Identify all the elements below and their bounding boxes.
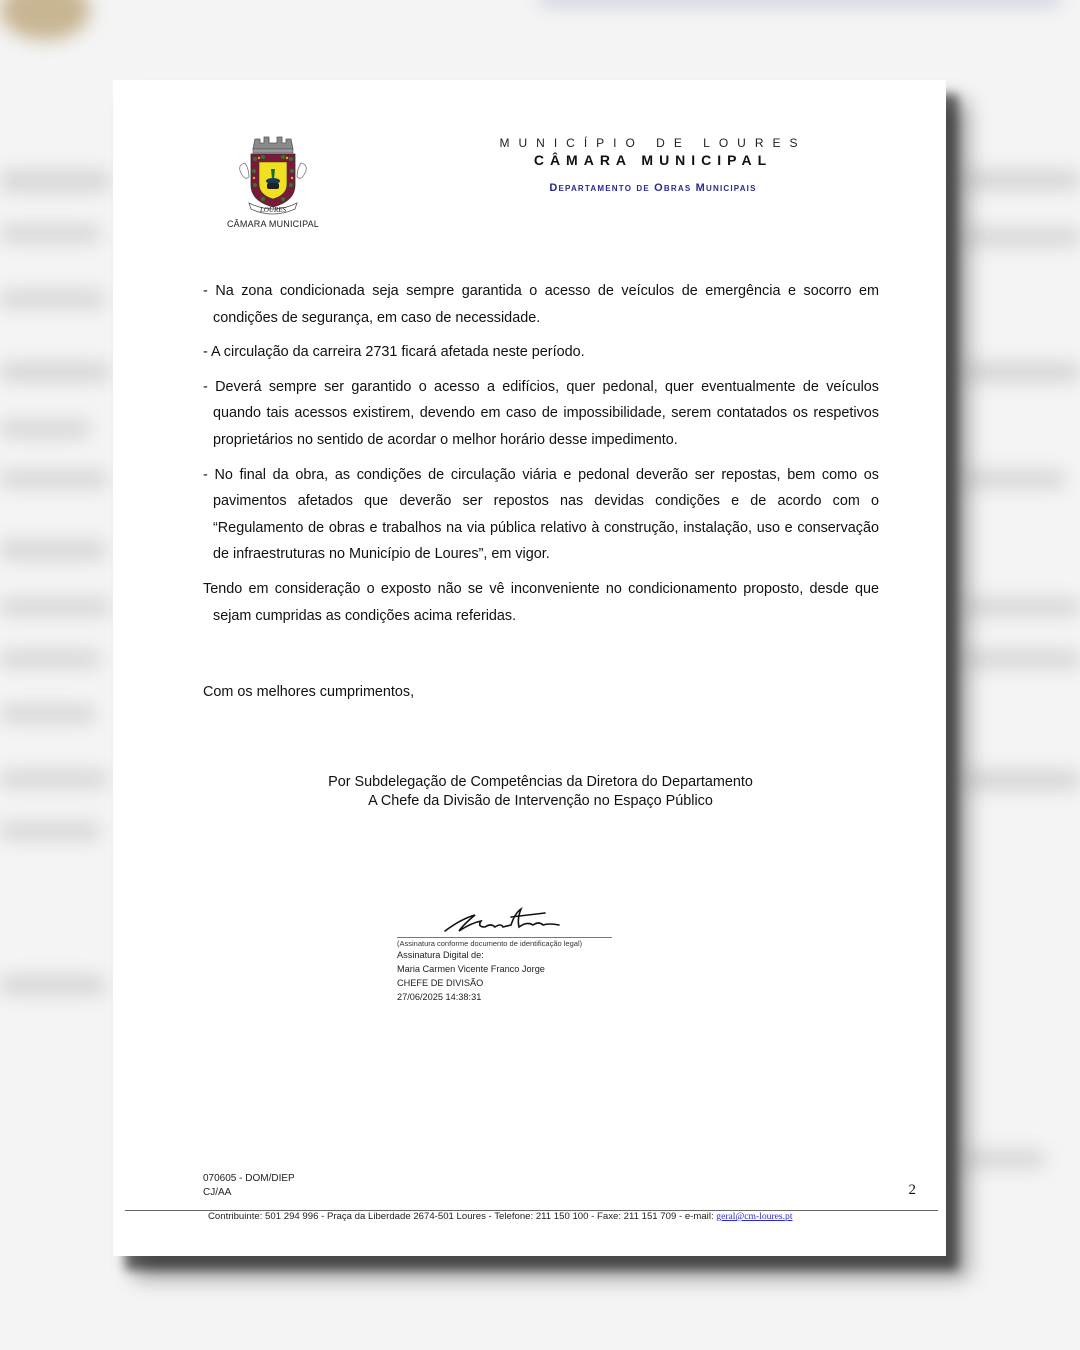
letter-body: - Na zona condicionada seja sempre garan… (203, 278, 879, 637)
municipality-name: MUNICÍPIO DE LOURES (483, 136, 823, 150)
svg-text:LOURES: LOURES (259, 206, 287, 214)
signer-name: Maria Carmen Vicente Franco Jorge (397, 962, 612, 976)
condition-emergency-access: - Na zona condicionada seja sempre garan… (203, 278, 879, 331)
delegation-line-2: A Chefe da Divisão de Intervenção no Esp… (263, 792, 818, 811)
footer-text: Contribuinte: 501 294 996 - Praça da Lib… (208, 1211, 716, 1222)
signature-timestamp: 27/06/2025 14:38:31 (397, 990, 612, 1004)
reference-code: 070605 - DOM/DIEP (203, 1172, 295, 1186)
page-number: 2 (909, 1182, 917, 1199)
reference-initials: CJ/AA (203, 1186, 295, 1200)
document-reference: 070605 - DOM/DIEP CJ/AA (203, 1172, 295, 1200)
logo-caption: CÂMARA MUNICIPAL (223, 219, 323, 229)
condition-restoration: - No final da obra, as condições de circ… (203, 462, 879, 568)
conclusion-paragraph: Tendo em consideração o exposto não se v… (203, 576, 879, 629)
digital-signature: (Assinatura conforme documento de identi… (397, 905, 612, 1004)
coat-of-arms-icon: LOURES (233, 135, 313, 217)
delegation-block: Por Subdelegação de Competências da Dire… (263, 773, 818, 811)
letterhead-header: MUNICÍPIO DE LOURES CÂMARA MUNICIPAL Dep… (483, 136, 823, 194)
document-page: LOURES CÂMARA MUNICIPAL MUNICÍPIO DE LOU… (113, 80, 946, 1256)
signature-label: Assinatura Digital de: (397, 948, 612, 962)
email-link[interactable]: geral@cm-loures.pt (716, 1211, 792, 1222)
department-name: Departamento de Obras Municipais (483, 182, 823, 194)
delegation-line-1: Por Subdelegação de Competências da Dire… (263, 773, 818, 792)
condition-building-access: - Deverá sempre ser garantido o acesso a… (203, 374, 879, 454)
signer-title: CHEFE DE DIVISÃO (397, 976, 612, 990)
municipal-logo: LOURES CÂMARA MUNICIPAL (223, 135, 323, 229)
footer-contact: Contribuinte: 501 294 996 - Praça da Lib… (208, 1211, 793, 1222)
council-name: CÂMARA MUNICIPAL (483, 152, 823, 168)
signature-note: (Assinatura conforme documento de identi… (397, 939, 612, 948)
closing-salutation: Com os melhores cumprimentos, (203, 684, 414, 700)
condition-bus-route: - A circulação da carreira 2731 ficará a… (203, 339, 879, 366)
handwritten-signature-icon (441, 905, 571, 937)
